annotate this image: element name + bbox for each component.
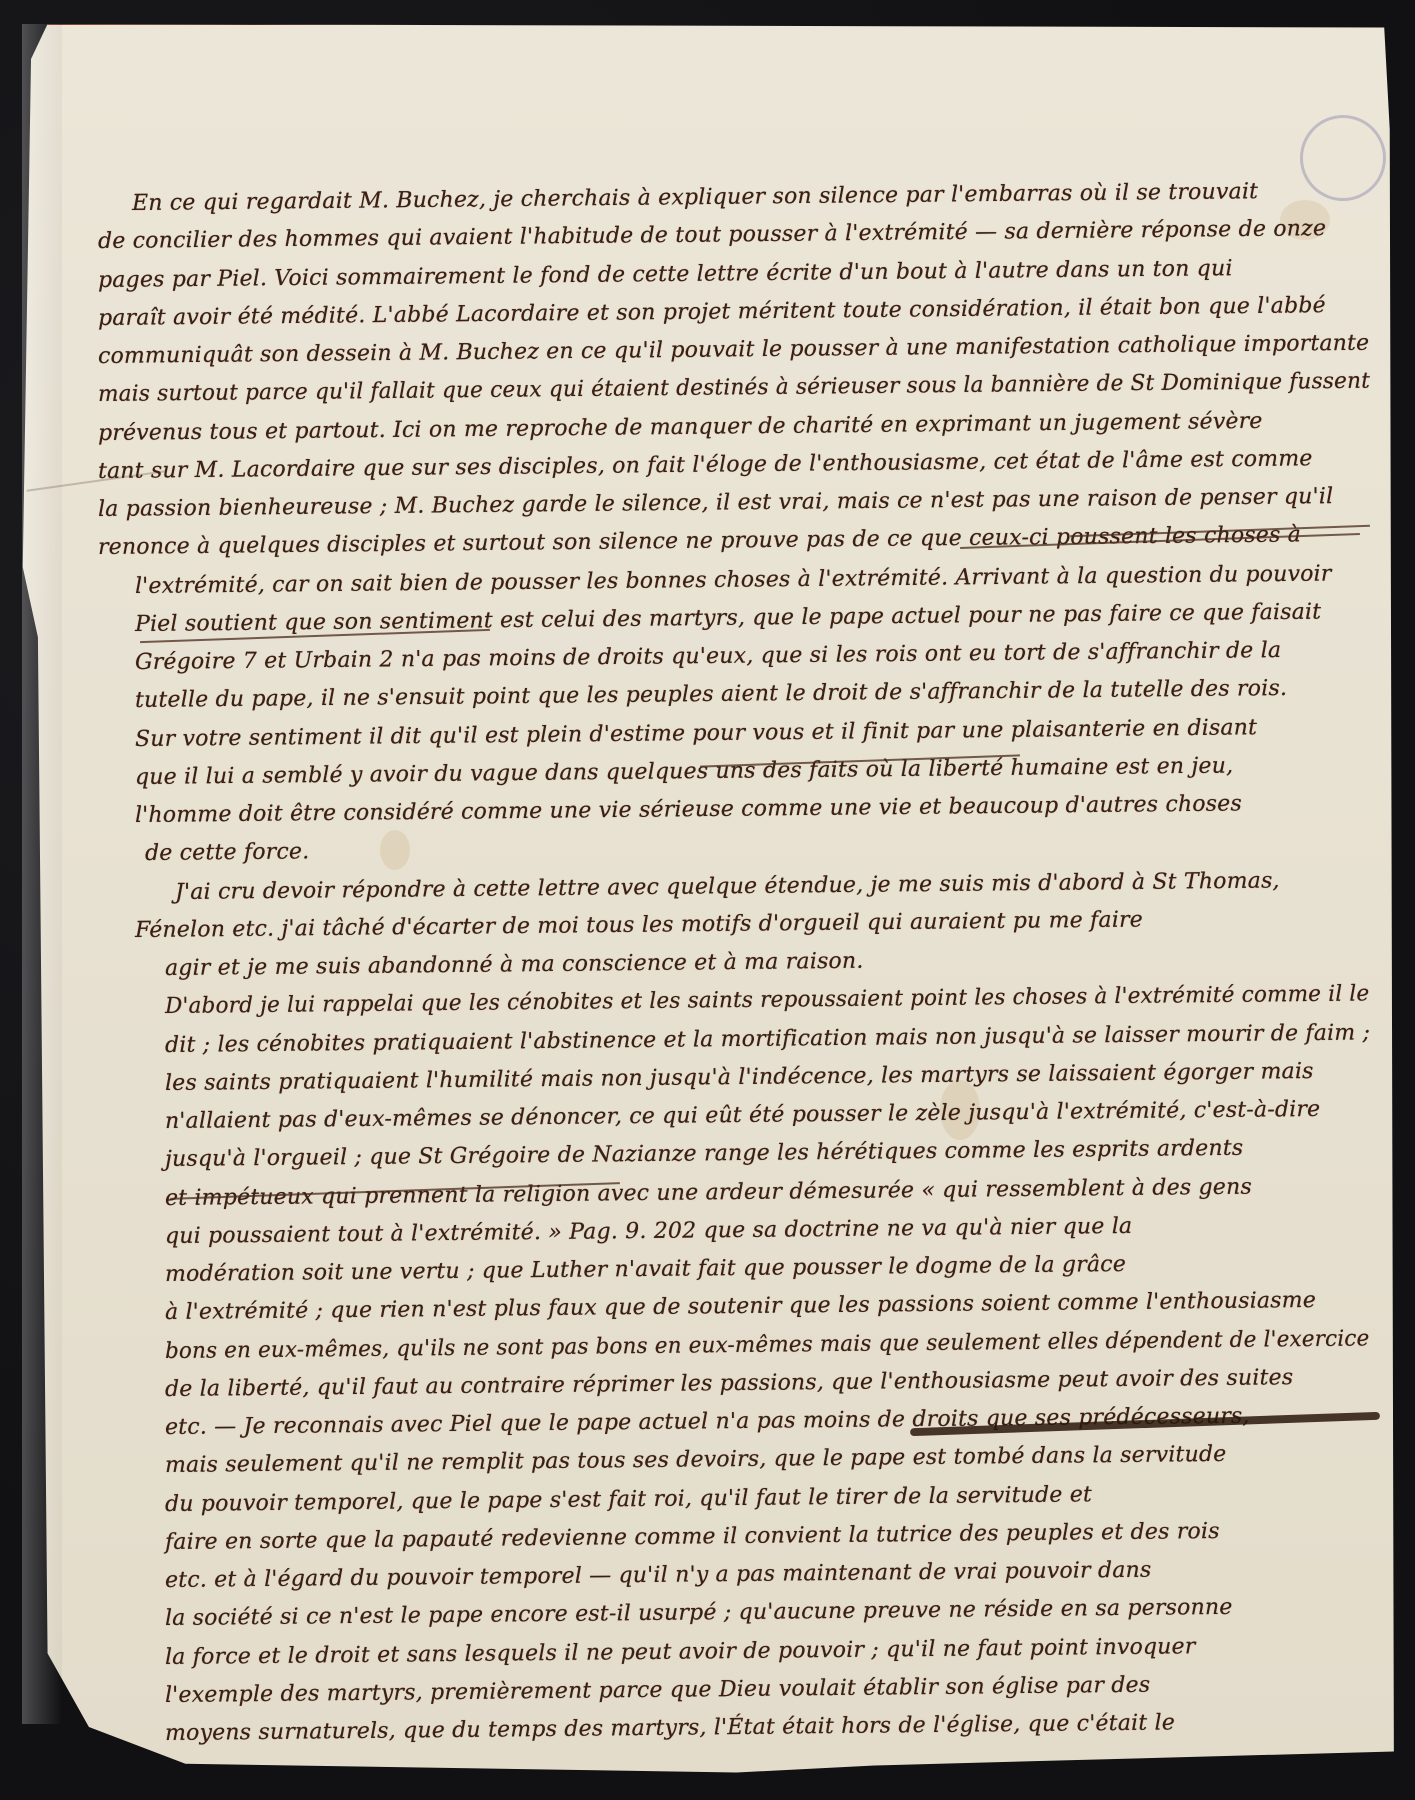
text-line: modération soit une vertu ; que Luther n… (165, 1252, 1126, 1287)
text-line: mais surtout parce qu'il fallait que ceu… (98, 369, 1370, 407)
text-line: de concilier des hommes qui avaient l'ha… (98, 216, 1326, 254)
text-line: tutelle du pape, il ne s'ensuit point qu… (135, 676, 1287, 713)
text-line: bons en eux-mêmes, qu'ils ne sont pas bo… (165, 1326, 1370, 1364)
text-line: à l'extrémité ; que rien n'est plus faux… (165, 1288, 1316, 1325)
text-line: n'allaient pas d'eux-mêmes se dénoncer, … (165, 1097, 1321, 1134)
text-line: Fénelon etc. j'ai tâché d'écarter de moi… (135, 907, 1143, 943)
text-line: etc. et à l'égard du pouvoir temporel — … (165, 1558, 1152, 1593)
text-line: l'homme doit être considéré comme une vi… (135, 791, 1242, 828)
text-line: Grégoire 7 et Urbain 2 n'a pas moins de … (135, 638, 1281, 675)
text-line: du pouvoir temporel, que le pape s'est f… (165, 1482, 1092, 1517)
text-line: dit ; les cénobites pratiquaient l'absti… (165, 1020, 1370, 1058)
text-line: la société si ce n'est le pape encore es… (165, 1595, 1233, 1631)
text-line: D'abord je lui rappelai que les cénobite… (165, 981, 1370, 1019)
text-line: l'extrémité, car on sait bien de pousser… (135, 561, 1332, 599)
text-line: l'exemple des martyrs, premièrement parc… (165, 1673, 1151, 1708)
text-line: la passion bienheureuse ; M. Buchez gard… (98, 484, 1334, 522)
manuscript-text: En ce qui regardait M. Buchez, je cherch… (0, 0, 1415, 1800)
text-line: que il lui a semblé y avoir du vague dan… (135, 753, 1233, 789)
text-line: paraît avoir été médité. L'abbé Lacordai… (98, 293, 1326, 331)
text-line: tant sur M. Lacordaire que sur ses disci… (98, 446, 1313, 484)
text-line: les saints pratiquaient l'humilité mais … (165, 1059, 1314, 1096)
text-line: jusqu'à l'orgueil ; que St Grégoire de N… (165, 1136, 1244, 1172)
text-line: En ce qui regardait M. Buchez, je cherch… (132, 179, 1258, 216)
text-line: qui poussaient tout à l'extrémité. » Pag… (165, 1214, 1133, 1249)
text-line: de cette force. (145, 839, 310, 866)
text-line: faire en sorte que la papauté redevienne… (165, 1519, 1220, 1555)
text-line: de la liberté, qu'il faut au contraire r… (165, 1365, 1294, 1402)
text-line: J'ai cru devoir répondre à cette lettre … (175, 868, 1280, 905)
text-line: communiquât son dessein à M. Buchez en c… (98, 331, 1370, 369)
text-line: la force et le droit et sans lesquels il… (165, 1634, 1196, 1670)
text-line: Sur votre sentiment il dit qu'il est ple… (135, 715, 1257, 752)
text-line: agir et je me suis abandonné à ma consci… (165, 949, 864, 981)
text-line: moyens surnaturels, que du temps des mar… (165, 1710, 1175, 1746)
text-line: prévenus tous et partout. Ici on me repr… (98, 409, 1263, 446)
text-line: mais seulement qu'il ne remplit pas tous… (165, 1442, 1227, 1478)
text-line: Piel soutient que son sentiment est celu… (135, 600, 1322, 637)
text-line: pages par Piel. Voici sommairement le fo… (98, 256, 1233, 293)
